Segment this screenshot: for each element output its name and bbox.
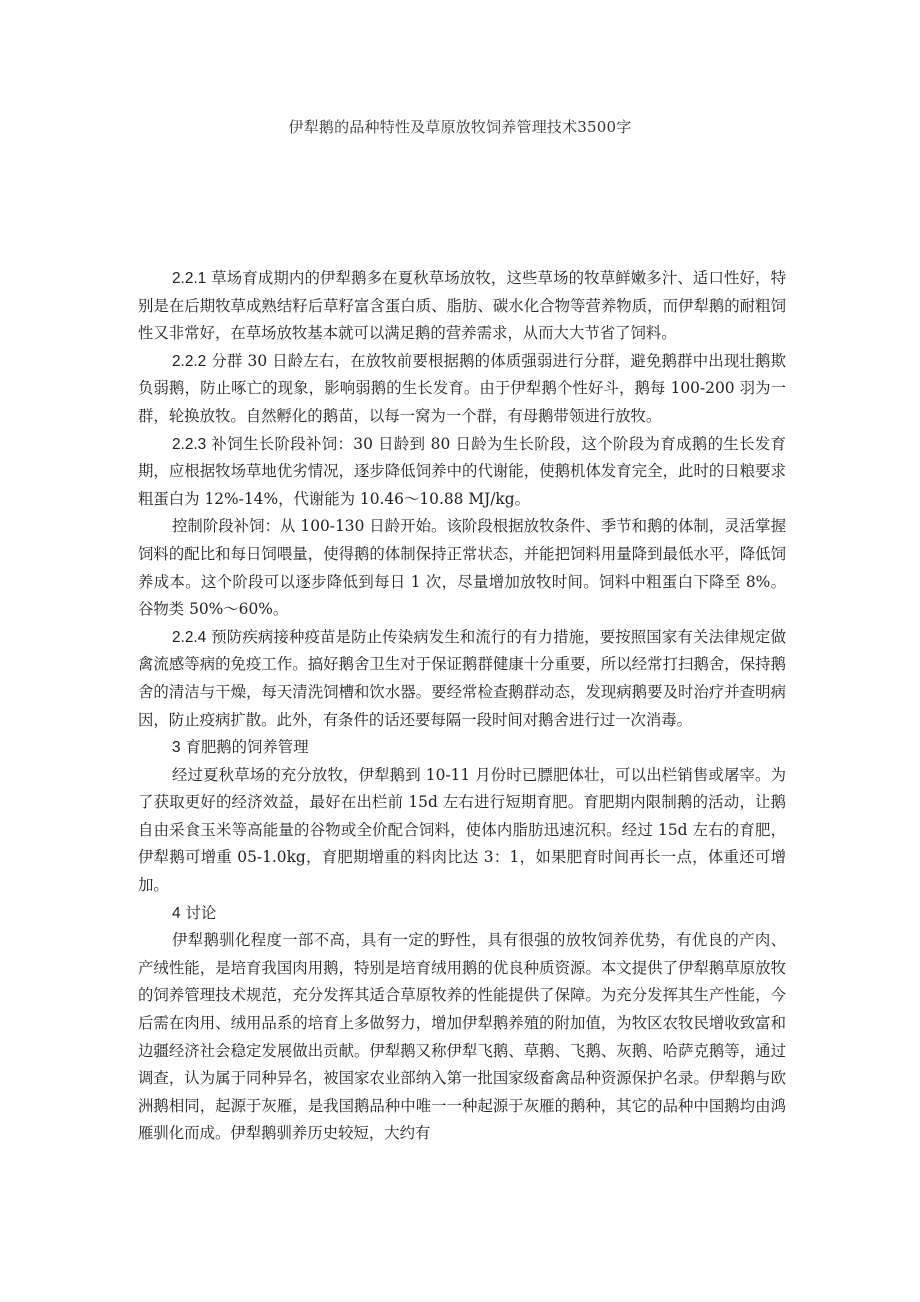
- document-page: 伊犁鹅的品种特性及草原放牧饲养管理技术3500字 2.2.1 草场育成期内的伊犁…: [0, 0, 920, 1302]
- paragraph-text: 伊犁鹅驯化程度一部不高，具有一定的野性，具有很强的放牧饲养优势，有优良的产肉、产…: [138, 931, 786, 1142]
- section-number: 4: [172, 905, 181, 922]
- section-number: 2.2.1: [172, 270, 206, 287]
- section-heading-4: 4 讨论: [138, 900, 786, 928]
- paragraph-text: 草场育成期内的伊犁鹅多在夏秋草场放牧，这些草场的牧草鲜嫩多汁、适口性好，特别是在…: [138, 269, 786, 342]
- section-number: 2.2.2: [172, 353, 206, 370]
- section-heading-3: 3 育肥鹅的饲养管理: [138, 734, 786, 762]
- paragraph-text: 预防疾病接种疫苗是防止传染病发生和流行的有力措施，要按照国家有关法律规定做禽流感…: [138, 628, 786, 729]
- paragraph-text: 分群 30 日龄左右，在放牧前要根据鹅的体质强弱进行分群，避免鹅群中出现壮鹅欺负…: [138, 352, 786, 425]
- section-number: 2.2.4: [172, 629, 206, 646]
- paragraph-2-2-4: 2.2.4 预防疾病接种疫苗是防止传染病发生和流行的有力措施，要按照国家有关法律…: [138, 624, 786, 734]
- document-title: 伊犁鹅的品种特性及草原放牧饲养管理技术3500字: [0, 117, 920, 137]
- section-number: 3: [172, 739, 181, 756]
- paragraph-3: 经过夏秋草场的充分放牧，伊犁鹅到 10-11 月份时已膘肥体壮，可以出栏销售或屠…: [138, 762, 786, 900]
- paragraph-2-2-2: 2.2.2 分群 30 日龄左右，在放牧前要根据鹅的体质强弱进行分群，避免鹅群中…: [138, 348, 786, 431]
- paragraph-2-2-3: 2.2.3 补饲生长阶段补饲：30 日龄到 80 日龄为生长阶段，这个阶段为育成…: [138, 431, 786, 514]
- paragraph-4: 伊犁鹅驯化程度一部不高，具有一定的野性，具有很强的放牧饲养优势，有优良的产肉、产…: [138, 927, 786, 1148]
- heading-text: 育肥鹅的饲养管理: [181, 738, 309, 756]
- paragraph-control-stage: 控制阶段补饲：从 100-130 日龄开始。该阶段根据放牧条件、季节和鹅的体制，…: [138, 513, 786, 623]
- paragraph-text: 补饲生长阶段补饲：30 日龄到 80 日龄为生长阶段，这个阶段为育成鹅的生长发育…: [138, 435, 786, 508]
- paragraph-2-2-1: 2.2.1 草场育成期内的伊犁鹅多在夏秋草场放牧，这些草场的牧草鲜嫩多汁、适口性…: [138, 265, 786, 348]
- heading-text: 讨论: [181, 904, 217, 922]
- paragraph-text: 控制阶段补饲：从 100-130 日龄开始。该阶段根据放牧条件、季节和鹅的体制，…: [138, 517, 786, 618]
- section-number: 2.2.3: [172, 436, 206, 453]
- paragraph-text: 经过夏秋草场的充分放牧，伊犁鹅到 10-11 月份时已膘肥体壮，可以出栏销售或屠…: [138, 766, 786, 894]
- document-body: 2.2.1 草场育成期内的伊犁鹅多在夏秋草场放牧，这些草场的牧草鲜嫩多汁、适口性…: [138, 265, 786, 1148]
